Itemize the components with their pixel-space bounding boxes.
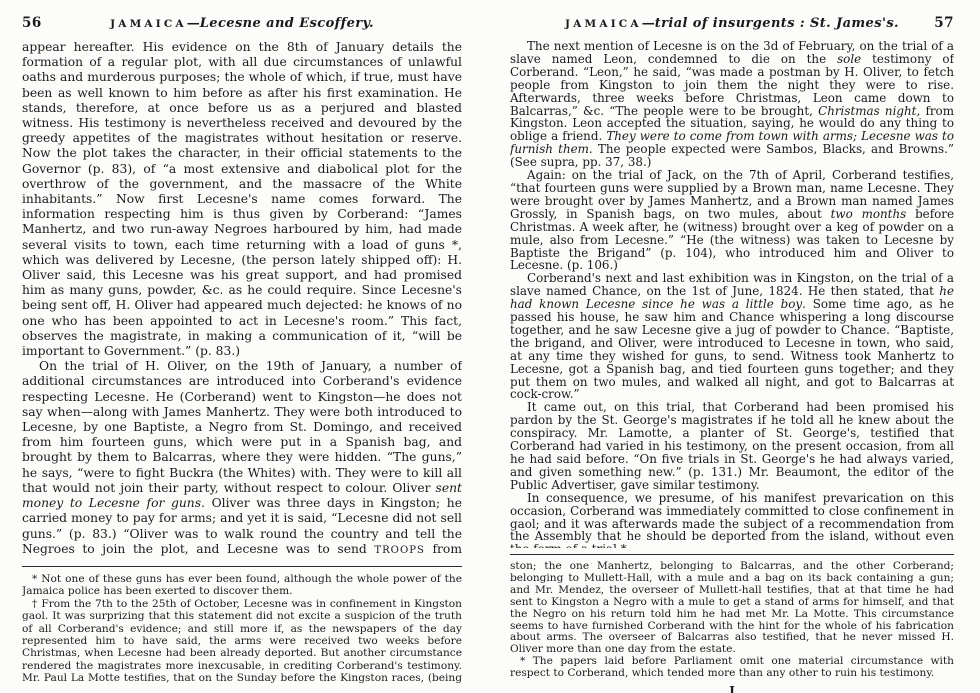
left-footnote-rule <box>22 566 462 567</box>
right-running-title-dash: — <box>642 16 655 31</box>
right-page: JAMAICA—trial of insurgents : St. James'… <box>490 0 980 693</box>
footnote: * The papers laid before Parliament omit… <box>510 656 954 680</box>
right-running-head: JAMAICA—trial of insurgents : St. James'… <box>510 16 954 32</box>
left-running-head: 56 JAMAICA—Lecesne and Escoffery. <box>22 16 462 32</box>
left-running-title-article: Lecesne and Escoffery. <box>200 16 374 31</box>
left-running-title: JAMAICA—Lecesne and Escoffery. <box>60 17 424 31</box>
left-footnotes: * Not one of these guns has ever been fo… <box>22 573 462 685</box>
right-running-title: JAMAICA—trial of insurgents : St. James'… <box>548 17 916 31</box>
left-page: 56 JAMAICA—Lecesne and Escoffery. appear… <box>0 0 490 693</box>
right-running-title-journal: JAMAICA <box>565 18 642 30</box>
signature-mark: I <box>510 684 954 693</box>
right-page-number: 57 <box>916 16 954 30</box>
body-paragraph: Corberand's next and last exhibition was… <box>510 272 954 401</box>
body-paragraph: It came out, on this trial, that Corbera… <box>510 401 954 491</box>
body-paragraph: On the trial of H. Oliver, on the 19th o… <box>22 359 462 560</box>
body-paragraph: Again: on the trial of Jack, on the 7th … <box>510 169 954 272</box>
left-running-title-dash: — <box>187 16 200 31</box>
footnote: * Not one of these guns has ever been fo… <box>22 573 462 598</box>
left-body-text: appear hereafter. His evidence on the 8t… <box>22 40 462 560</box>
right-body-text: The next mention of Lecesne is on the 3d… <box>510 40 954 548</box>
body-paragraph: appear hereafter. His evidence on the 8t… <box>22 40 462 359</box>
right-footnote-rule <box>510 554 954 555</box>
book-spread: 56 JAMAICA—Lecesne and Escoffery. appear… <box>0 0 980 693</box>
left-page-number: 56 <box>22 16 60 30</box>
body-paragraph: In consequence, we presume, of his manif… <box>510 492 954 548</box>
footnote: † From the 7th to the 25th of October, L… <box>22 598 462 685</box>
right-footnotes: ston; the one Manhertz, belonging to Bal… <box>510 561 954 680</box>
footnote: ston; the one Manhertz, belonging to Bal… <box>510 561 954 656</box>
body-paragraph: The next mention of Lecesne is on the 3d… <box>510 40 954 169</box>
left-running-title-journal: JAMAICA <box>110 18 187 30</box>
right-running-title-article: trial of insurgents : St. James's. <box>655 16 899 31</box>
